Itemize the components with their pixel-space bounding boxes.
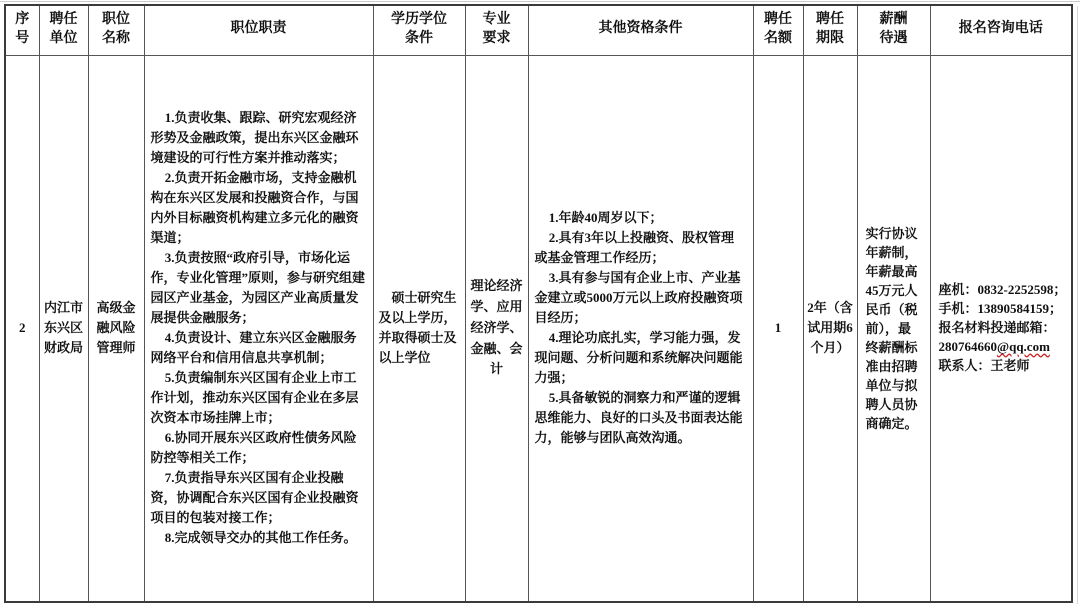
cell-position: 高级金融风险管理师 bbox=[88, 55, 144, 602]
cell-unit: 内江市东兴区财政局 bbox=[39, 55, 88, 602]
cell-duties: 1.负责收集、跟踪、研究宏观经济形势及金融政策，提出东兴区金融环境建设的可行性方… bbox=[144, 55, 373, 602]
header-education: 学历学位条件 bbox=[373, 5, 465, 55]
header-qualifications: 其他资格条件 bbox=[528, 5, 753, 55]
paragraph: 4.理论功底扎实，学习能力强，发现问题、分析问题和系统解决问题能力强； bbox=[535, 328, 747, 388]
header-major-label: 专业要求 bbox=[480, 11, 512, 49]
header-duties-label: 职位职责 bbox=[231, 20, 287, 39]
paragraph: 3.负责按照“政府引导，市场化运作，专业化管理”原则，参与研究组建园区产业基金，… bbox=[151, 248, 367, 328]
header-quota: 聘任名额 bbox=[753, 5, 803, 55]
header-salary: 薪酬待遇 bbox=[857, 5, 930, 55]
cell-major: 理论经济学、应用经济学、金融、会计 bbox=[465, 55, 528, 602]
table-data-row: 2 内江市东兴区财政局 高级金融风险管理师 1.负责收集、跟踪、研究宏观经济形势… bbox=[5, 55, 1072, 602]
header-position: 职位名称 bbox=[88, 5, 144, 55]
header-duties: 职位职责 bbox=[144, 5, 373, 55]
contact-email: 280764660@qq.com bbox=[939, 338, 1064, 357]
paragraph: 6.协同开展东兴区政府性债务风险防控等相关工作； bbox=[151, 428, 367, 468]
header-unit-label: 聘任单位 bbox=[47, 11, 79, 49]
cell-term: 2年（含试用期6个月） bbox=[803, 55, 857, 602]
paragraph: 8.完成领导交办的其他工作任务。 bbox=[151, 528, 367, 548]
paragraph: 3.具有参与国有企业上市、产业基金建立或5000万元以上政府投融资项目经历； bbox=[535, 268, 747, 328]
header-phone: 报名咨询电话 bbox=[930, 5, 1072, 55]
header-seq: 序号 bbox=[5, 5, 39, 55]
contact-mobile: 手机：13890584159； bbox=[939, 300, 1064, 319]
paragraph: 5.具备敏锐的洞察力和严谨的逻辑思维能力、良好的口头及书面表达能力，能够与团队高… bbox=[535, 388, 747, 448]
cell-salary: 实行协议年薪制，年薪最高45万元人民币（税前），最终薪酬标准由招聘单位与拟聘人员… bbox=[857, 55, 930, 602]
paragraph: 7.负责指导东兴区国有企业投融资，协调配合东兴区国有企业投融资项目的包装对接工作… bbox=[151, 468, 367, 528]
header-qualifications-label: 其他资格条件 bbox=[599, 20, 683, 39]
email-domain-spellcheck-underline: @qq.com bbox=[997, 339, 1050, 354]
header-seq-label: 序号 bbox=[14, 11, 30, 49]
screen-edge-artifact-top bbox=[0, 1, 1080, 2]
cell-quota: 1 bbox=[753, 55, 803, 602]
header-term-label: 聘任期限 bbox=[814, 11, 846, 49]
contact-person: 联系人：王老师 bbox=[939, 357, 1064, 376]
table-header-row: 序号 聘任单位 职位名称 职位职责 学历学位条件 专业要求 其他资格条件 聘任名… bbox=[5, 5, 1072, 55]
cell-education: 硕士研究生及以上学历，并取得硕士及以上学位 bbox=[373, 55, 465, 602]
header-position-label: 职位名称 bbox=[100, 11, 132, 49]
cell-qualifications: 1.年龄40周岁以下；2.具有3年以上投融资、股权管理或基金管理工作经历；3.具… bbox=[528, 55, 753, 602]
cell-seq: 2 bbox=[5, 55, 39, 602]
contact-email-label: 报名材料投递邮箱： bbox=[939, 319, 1064, 338]
paragraph: 5.负责编制东兴区国有企业上市工作计划，推动东兴区国有企业在多层次资本市场挂牌上… bbox=[151, 368, 367, 428]
screen-edge-artifact-right bbox=[1077, 6, 1078, 604]
header-major: 专业要求 bbox=[465, 5, 528, 55]
header-education-label: 学历学位条件 bbox=[389, 11, 450, 49]
paragraph: 4.负责设计、建立东兴区金融服务网络平台和信用信息共享机制； bbox=[151, 328, 367, 368]
paragraph: 2.具有3年以上投融资、股权管理或基金管理工作经历； bbox=[535, 228, 747, 268]
cell-contact: 座机：0832-2252598； 手机：13890584159； 报名材料投递邮… bbox=[930, 55, 1072, 602]
paragraph: 2.负责开拓金融市场，支持金融机构在东兴区发展和投融资合作，与国内外目标融资机构… bbox=[151, 168, 367, 248]
document-page: 序号 聘任单位 职位名称 职位职责 学历学位条件 专业要求 其他资格条件 聘任名… bbox=[0, 0, 1080, 611]
paragraph: 1.年龄40周岁以下； bbox=[535, 208, 747, 228]
header-phone-label: 报名咨询电话 bbox=[959, 20, 1043, 39]
header-quota-label: 聘任名额 bbox=[762, 11, 794, 49]
contact-landline: 座机：0832-2252598； bbox=[939, 281, 1064, 300]
email-user-text: 280764660 bbox=[939, 339, 998, 354]
header-term: 聘任期限 bbox=[803, 5, 857, 55]
paragraph: 1.负责收集、跟踪、研究宏观经济形势及金融政策，提出东兴区金融环境建设的可行性方… bbox=[151, 108, 367, 168]
recruitment-table: 序号 聘任单位 职位名称 职位职责 学历学位条件 专业要求 其他资格条件 聘任名… bbox=[4, 4, 1073, 603]
header-salary-label: 薪酬待遇 bbox=[877, 11, 909, 49]
header-unit: 聘任单位 bbox=[39, 5, 88, 55]
